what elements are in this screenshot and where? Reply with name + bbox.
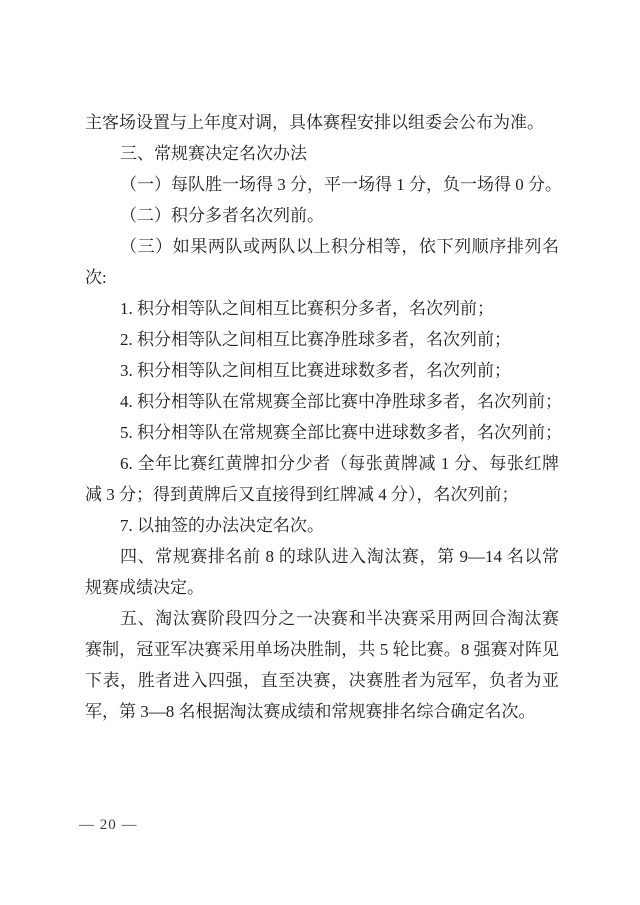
text-line: 规赛成绩决定。 xyxy=(85,572,559,603)
text-line: （三）如果两队或两队以上积分相等，依下列顺序排列名 xyxy=(85,231,559,262)
text-line: 赛制，冠亚军决赛采用单场决胜制，共 5 轮比赛。8 强赛对阵见 xyxy=(85,634,559,665)
list-item: 4. 积分相等队在常规赛全部比赛中净胜球多者，名次列前； xyxy=(85,386,559,417)
list-item: 5. 积分相等队在常规赛全部比赛中进球数多者，名次列前； xyxy=(85,417,559,448)
list-item: 3. 积分相等队之间相互比赛进球数多者，名次列前； xyxy=(85,355,559,386)
list-item: 1. 积分相等队之间相互比赛积分多者，名次列前； xyxy=(85,293,559,324)
text-line: 次: xyxy=(85,262,559,293)
list-item: 减 3 分；得到黄牌后又直接得到红牌减 4 分），名次列前； xyxy=(85,479,559,510)
text-line: 五、淘汰赛阶段四分之一决赛和半决赛采用两回合淘汰赛 xyxy=(85,603,559,634)
text-line: 主客场设置与上年度对调，具体赛程安排以组委会公布为准。 xyxy=(85,107,559,138)
page-number: — 20 — xyxy=(79,817,138,834)
list-item: 6. 全年比赛红黄牌扣分少者（每张黄牌减 1 分、每张红牌 xyxy=(85,448,559,479)
text-line: 下表，胜者进入四强，直至决赛，决赛胜者为冠军，负者为亚 xyxy=(85,665,559,696)
list-item: 7. 以抽签的办法决定名次。 xyxy=(85,510,559,541)
document-body: 主客场设置与上年度对调，具体赛程安排以组委会公布为准。 三、常规赛决定名次办法 … xyxy=(85,107,559,727)
text-line: （二）积分多者名次列前。 xyxy=(85,200,559,231)
document-page: 主客场设置与上年度对调，具体赛程安排以组委会公布为准。 三、常规赛决定名次办法 … xyxy=(0,0,640,905)
section-heading: 三、常规赛决定名次办法 xyxy=(85,138,559,169)
text-line: 四、常规赛排名前 8 的球队进入淘汰赛，第 9—14 名以常 xyxy=(85,541,559,572)
list-item: 2. 积分相等队之间相互比赛净胜球多者，名次列前； xyxy=(85,324,559,355)
text-line: 军，第 3—8 名根据淘汰赛成绩和常规赛排名综合确定名次。 xyxy=(85,696,559,727)
text-line: （一）每队胜一场得 3 分，平一场得 1 分，负一场得 0 分。 xyxy=(85,169,559,200)
